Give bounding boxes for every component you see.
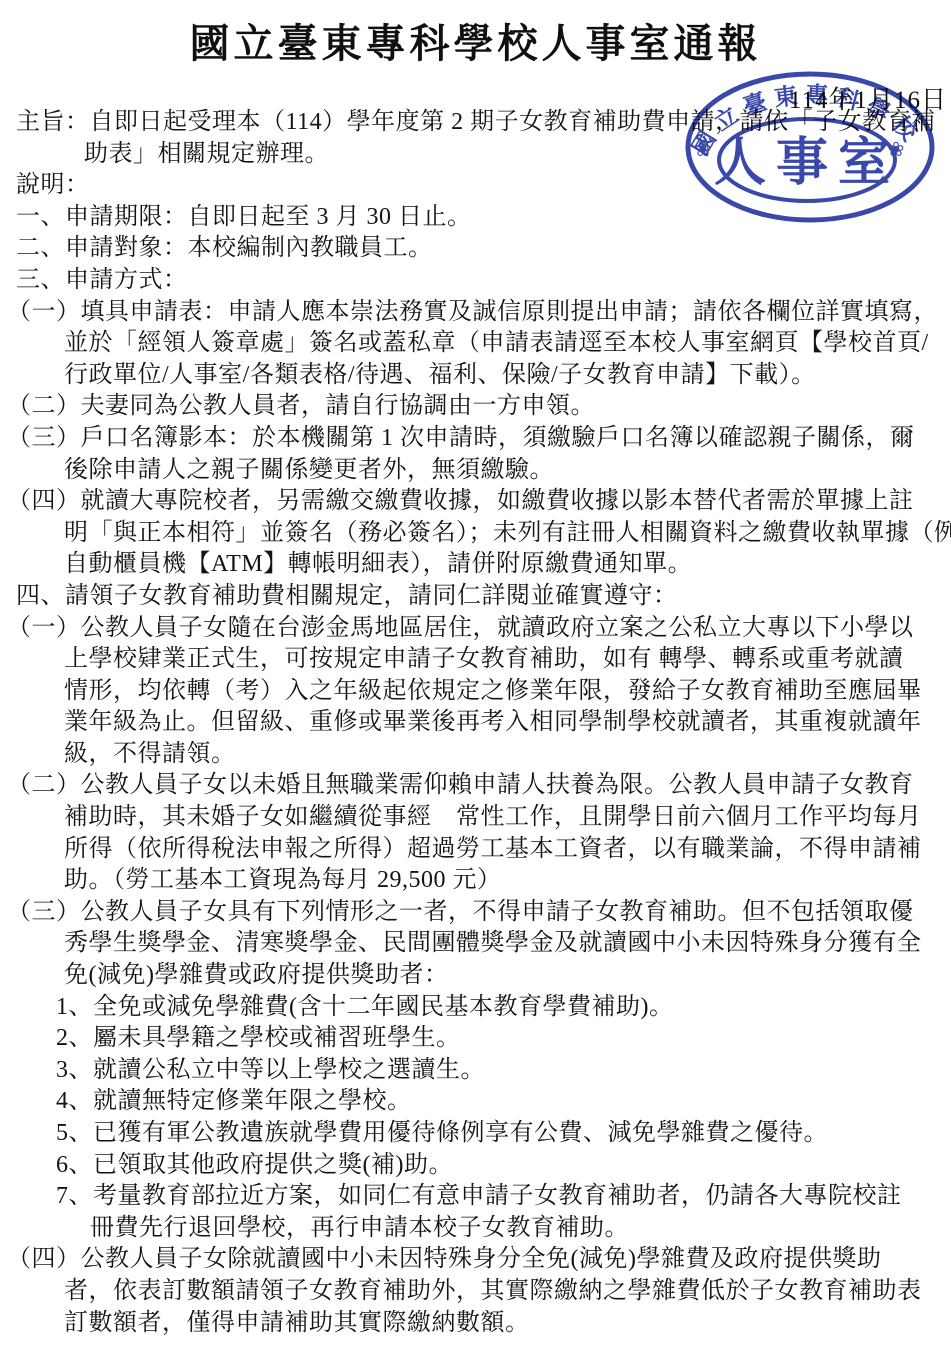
text-line: 7、考量教育部拉近方案，如同仁有意申請子女教育補助者，仍請各大專院校註 [0,1181,947,1213]
text-line: （一）公教人員子女隨在台澎金馬地區居住，就讀政府立案之公私立大專以下小學以 [0,613,947,645]
text-line: 5、已獲有軍公教遺族就學費用優待條例享有公費、減免學雜費之優待。 [0,1118,947,1150]
text-line: 四、請領子女教育補助費相關規定，請同仁詳閱並確實遵守： [0,581,947,613]
text-line: 說明： [0,170,947,202]
text-line: （一）填具申請表：申請人應本崇法務實及誠信原則提出申請；請依各欄位詳實填寫， [0,297,947,329]
text-line: 並於「經領人簽章處」簽名或蓋私章（申請表請逕至本校人事室網頁【學校首頁/ [0,328,947,360]
text-line: 助。（勞工基本工資現為每月 29,500 元） [0,865,947,897]
text-line: 明「與正本相符」並簽名（務必簽名）；未列有註冊人相關資料之繳費收執單據（例： [0,518,947,550]
text-line: 者，依表訂數額請領子女教育補助外，其實際繳納之學雜費低於子女教育補助表 [0,1276,947,1308]
document-body: 主旨：自即日起受理本（114）學年度第 2 期子女教育補助費申請，請依「子女教育… [0,107,947,1339]
text-line: 3、就讀公私立中等以上學校之選讀生。 [0,1055,947,1087]
text-line: 冊費先行退回學校，再行申請本校子女教育補助。 [0,1213,947,1245]
text-line: 4、就讀無特定修業年限之學校。 [0,1086,947,1118]
text-line: 所得（依所得稅法申報之所得）超過勞工基本工資者，以有職業論，不得申請補 [0,834,947,866]
text-line: （二）公教人員子女以未婚且無職業需仰賴申請人扶養為限。公教人員申請子女教育 [0,770,947,802]
text-line: 補助時，其未婚子女如繼續從事經 常性工作，且開學日前六個月工作平均每月 [0,802,947,834]
text-line: 主旨：自即日起受理本（114）學年度第 2 期子女教育補助費申請，請依「子女教育… [0,107,947,139]
text-line: （三）戶口名簿影本：於本機關第 1 次申請時，須繳驗戶口名簿以確認親子關係，爾 [0,423,947,455]
text-line: 三、申請方式： [0,265,947,297]
text-line: 上學校肄業正式生，可按規定申請子女教育補助，如有 轉學、轉系或重考就讀 [0,644,947,676]
text-line: 級，不得請領。 [0,739,947,771]
text-line: （三）公教人員子女具有下列情形之一者，不得申請子女教育補助。但不包括領取優 [0,897,947,929]
text-line: 1、全免或減免學雜費(含十二年國民基本教育學費補助)。 [0,992,947,1024]
text-line: 二、申請對象：本校編制內教職員工。 [0,233,947,265]
text-line: 訂數額者，僅得申請補助其實際繳納數額。 [0,1308,947,1340]
text-line: 助表」相關規定辦理。 [0,139,947,171]
text-line: 業年級為止。但留級、重修或畢業後再考入相同學制學校就讀者，其重複就讀年 [0,707,947,739]
text-line: 秀學生獎學金、清寒獎學金、民間團體獎學金及就讀國中小未因特殊身分獲有全 [0,928,947,960]
text-line: 免(減免)學雜費或政府提供獎助者： [0,960,947,992]
text-line: 2、屬未具學籍之學校或補習班學生。 [0,1023,947,1055]
text-line: 6、已領取其他政府提供之獎(補)助。 [0,1150,947,1182]
text-line: 行政單位/人事室/各類表格/待遇、福利、保險/子女教育申請】下載）。 [0,360,947,392]
text-line: 一、申請期限：自即日起至 3 月 30 日止。 [0,202,947,234]
text-line: （二）夫妻同為公教人員者，請自行協調由一方申領。 [0,391,947,423]
text-line: （四）就讀大專院校者，另需繳交繳費收據，如繳費收據以影本替代者需於單據上註 [0,486,947,518]
text-line: 情形，均依轉（考）入之年級起依規定之修業年限，發給子女教育補助至應屆畢 [0,676,947,708]
text-line: （四）公教人員子女除就讀國中小未因特殊身分全免(減免)學雜費及政府提供獎助 [0,1244,947,1276]
scanned-notice-page: 國立臺東專科學校人事室通報 114年1月16日 主旨：自即日起受理本（114）學… [0,0,951,1365]
text-line: 後除申請人之親子關係變更者外，無須繳驗。 [0,455,947,487]
text-line: 自動櫃員機【ATM】轉帳明細表），請併附原繳費通知單。 [0,549,947,581]
document-title: 國立臺東專科學校人事室通報 [0,12,951,69]
